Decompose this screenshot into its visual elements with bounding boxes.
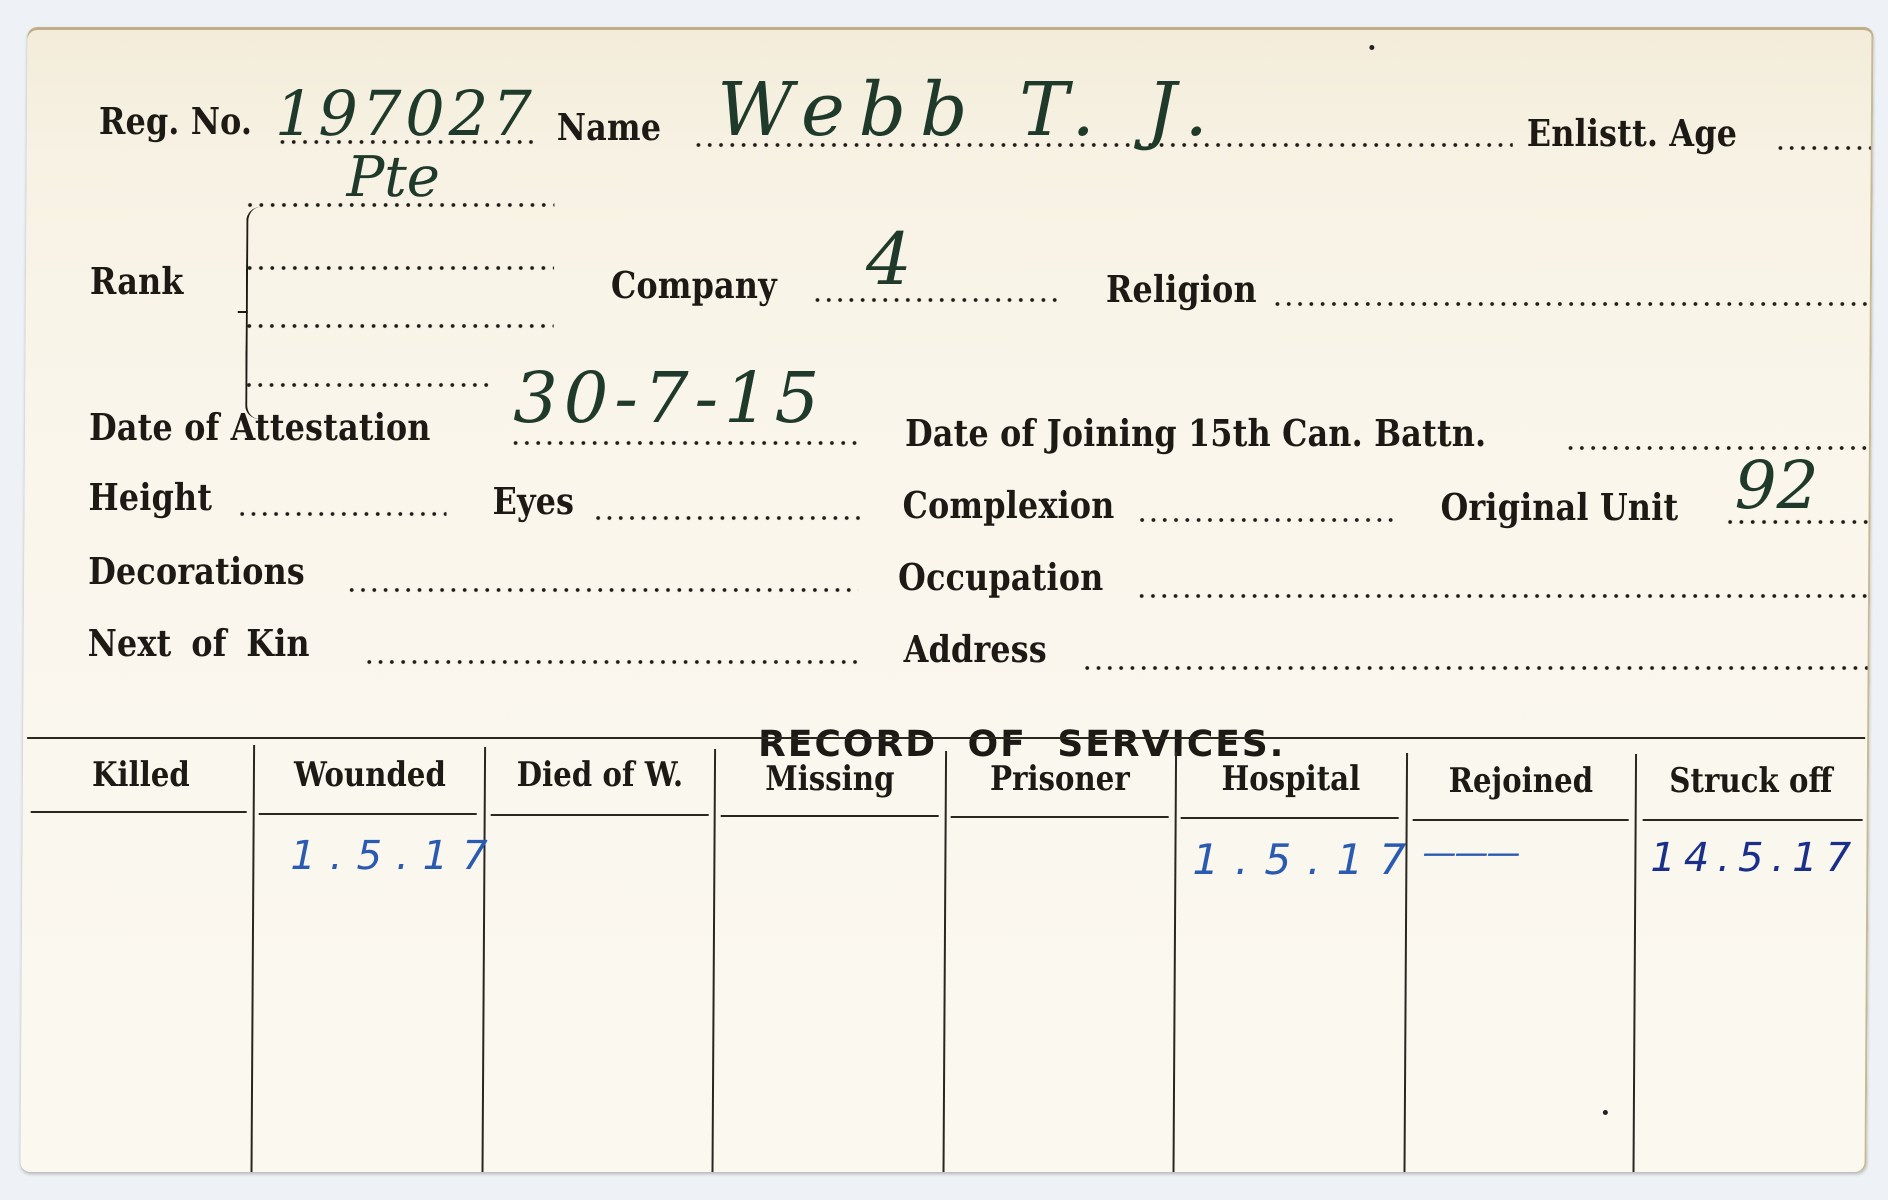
religion-dots (1272, 301, 1870, 307)
column-divider-2 (482, 747, 487, 1172)
date-of-joining-dots (1565, 445, 1869, 451)
header-rule-prisoner (951, 816, 1169, 818)
rank-brace-tip (238, 311, 248, 313)
enlist-age-dots (1775, 145, 1871, 151)
next-of-kin-dots (364, 659, 858, 665)
rank-label: Rank (90, 259, 184, 303)
occupation-label: Occupation (898, 555, 1104, 599)
column-header-rejoined: Rejoined (1424, 761, 1619, 801)
company-label: Company (611, 263, 777, 307)
header-rule-died (491, 814, 709, 816)
column-header-died-of-wounds: Died of W. (503, 755, 698, 795)
header-rule-rejoined (1413, 819, 1629, 821)
complexion-dots (1136, 517, 1396, 523)
original-unit-value[interactable]: 92 (1734, 447, 1818, 524)
eyes-label: Eyes (492, 479, 574, 523)
rank-line-4 (243, 382, 493, 388)
column-divider-4 (943, 751, 948, 1172)
header-rule-missing (721, 815, 939, 817)
service-record-card: Reg. No. 197027 Name Webb T. J. Enlistt.… (21, 27, 1874, 1172)
decorations-label: Decorations (88, 549, 305, 593)
column-header-missing: Missing (733, 759, 928, 799)
date-of-attestation-value[interactable]: 30-7-15 (513, 357, 826, 439)
date-of-joining-label: Date of Joining 15th Can. Battn. (905, 411, 1487, 455)
company-value[interactable]: 4 (866, 217, 912, 301)
date-of-attestation-label: Date of Attestation (89, 405, 431, 449)
rank-line-3 (244, 323, 554, 329)
cell-wounded[interactable]: 1.5.17 (290, 833, 502, 879)
header-rule-killed (31, 811, 247, 813)
header-rule-wounded (259, 813, 477, 815)
reg-no-label: Reg. No. (99, 99, 253, 143)
column-divider-3 (712, 749, 717, 1172)
cell-rejoined[interactable]: ——— (1422, 833, 1518, 873)
cell-hospital[interactable]: 1.5.17 (1192, 835, 1422, 884)
occupation-dots (1136, 593, 1868, 599)
table-top-rule (27, 737, 1865, 739)
paper-speck (1369, 45, 1374, 50)
rank-line-2 (244, 265, 554, 271)
column-header-wounded: Wounded (273, 755, 468, 795)
name-label: Name (557, 105, 662, 149)
column-divider-1 (251, 745, 256, 1172)
column-header-killed: Killed (46, 755, 235, 795)
column-header-prisoner: Prisoner (963, 759, 1158, 799)
decorations-dots (346, 587, 858, 593)
next-of-kin-label: Next of Kin (88, 621, 310, 665)
name-value[interactable]: Webb T. J. (717, 67, 1223, 153)
header-rule-hospital (1181, 817, 1399, 819)
eyes-dots (592, 515, 860, 521)
address-label: Address (904, 627, 1047, 671)
address-dots (1082, 665, 1868, 671)
column-divider-6 (1404, 753, 1409, 1172)
religion-label: Religion (1106, 267, 1257, 311)
height-label: Height (88, 475, 212, 519)
column-divider-5 (1173, 752, 1178, 1172)
reg-no-value[interactable]: 197027 (275, 77, 536, 150)
column-header-hospital: Hospital (1193, 759, 1389, 799)
column-divider-7 (1633, 754, 1638, 1172)
paper-speck (1603, 1110, 1608, 1115)
enlist-age-label: Enlistt. Age (1527, 111, 1738, 155)
header-rule-struck-off (1643, 819, 1863, 821)
complexion-label: Complexion (902, 483, 1114, 527)
date-of-attestation-dots (510, 440, 860, 446)
cell-struck-off[interactable]: 14.5.17 (1650, 835, 1859, 881)
rank-value-1[interactable]: Pte (346, 145, 440, 210)
original-unit-label: Original Unit (1440, 485, 1678, 529)
company-dots (812, 297, 1062, 303)
height-dots (237, 511, 447, 517)
column-header-struck-off: Struck off (1653, 761, 1849, 801)
